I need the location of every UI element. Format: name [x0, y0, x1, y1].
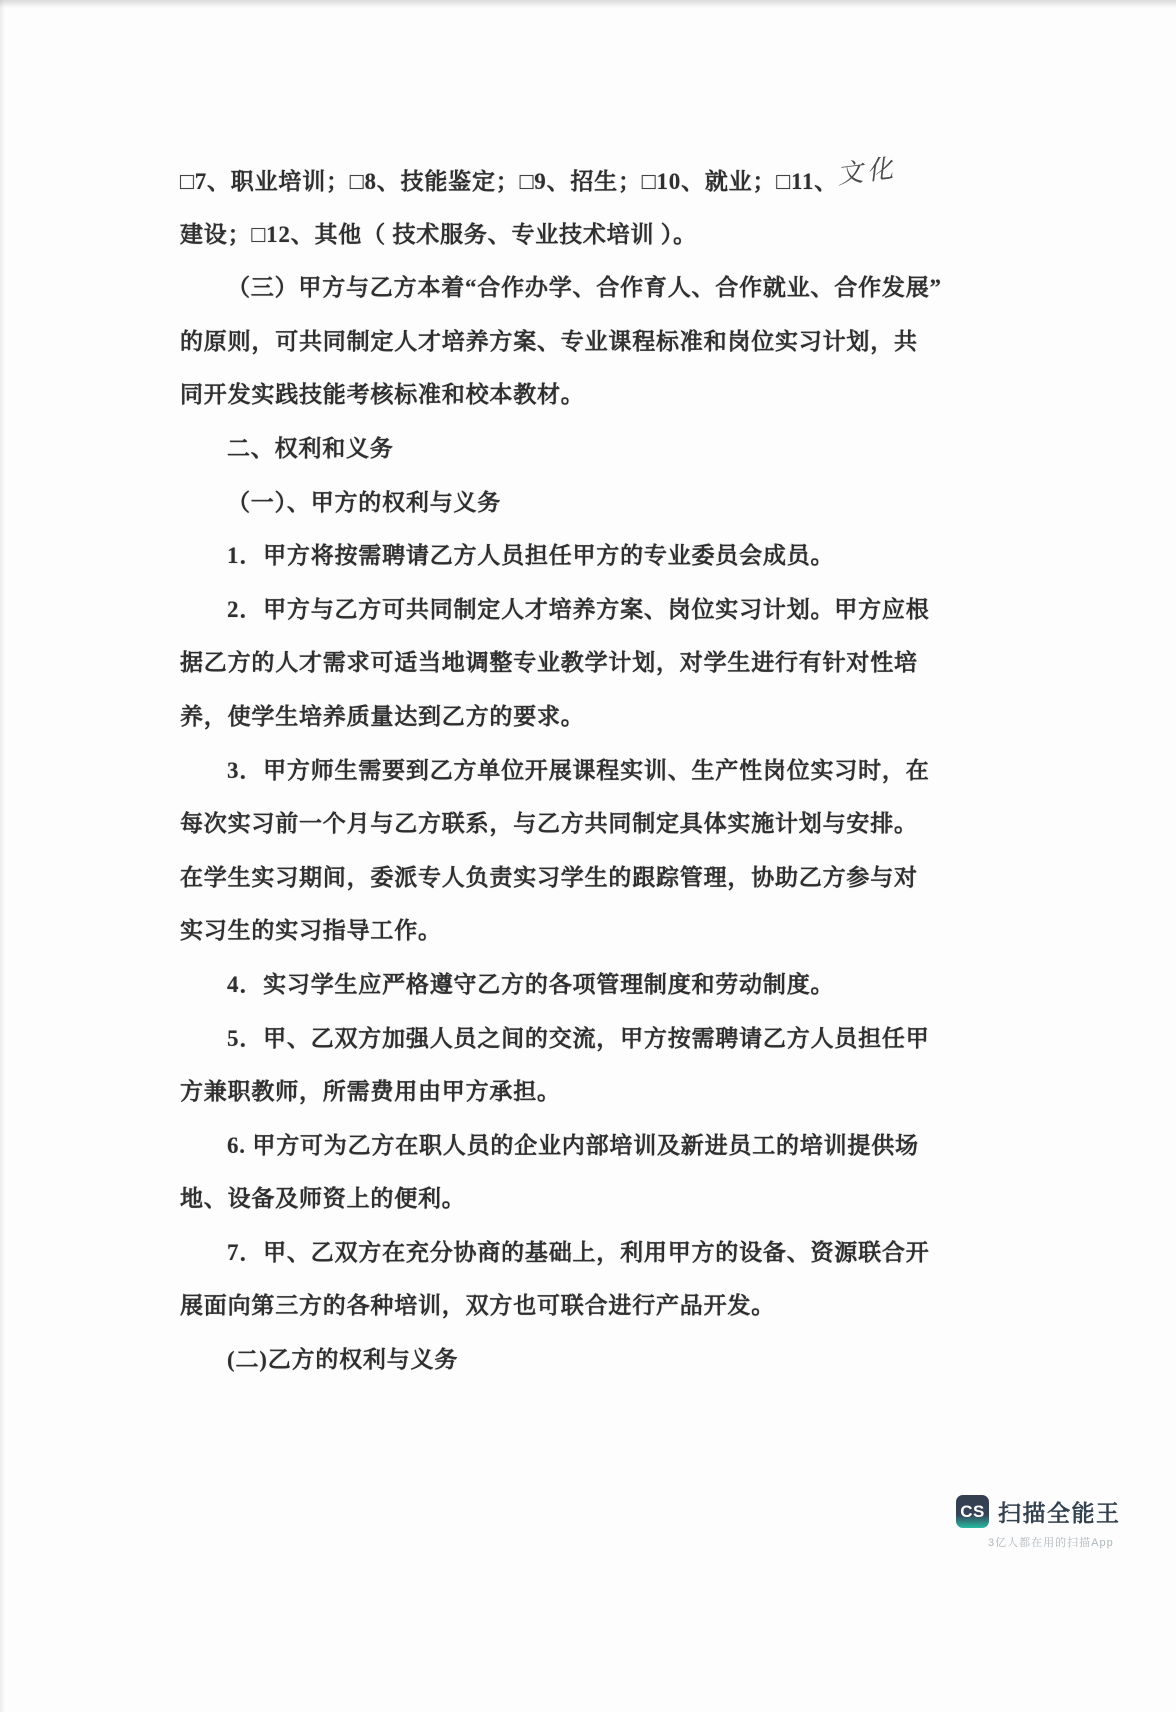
document-line: 据乙方的人才需求可适当地调整专业教学计划，对学生进行有针对性培 — [180, 636, 960, 690]
document-line: 建设；□12、其他（ 技术服务、专业技术培训 ）。 — [180, 208, 960, 262]
document-line: 5．甲、乙双方加强人员之间的交流，甲方按需聘请乙方人员担任甲 — [180, 1012, 960, 1066]
document-line: 在学生实习期间，委派专人负责实习学生的跟踪管理，协助乙方参与对 — [180, 851, 960, 905]
document-line: 同开发实践技能考核标准和校本教材。 — [180, 368, 960, 422]
document-line: 4．实习学生应严格遵守乙方的各项管理制度和劳动制度。 — [180, 958, 960, 1012]
document-line: 6. 甲方可为乙方在职人员的企业内部培训及新进员工的培训提供场 — [180, 1119, 960, 1173]
scan-edge-top — [0, 0, 1176, 8]
camscanner-logo-icon: CS — [956, 1495, 989, 1528]
subsection-heading: （一）、甲方的权利与义务 — [180, 476, 960, 530]
line-text: □7、职业培训；□8、技能鉴定；□9、招生；□10、就业；□11、 — [180, 169, 838, 194]
handwritten-annotation: 文化 — [834, 142, 900, 203]
document-line: 实习生的实习指导工作。 — [180, 904, 960, 958]
document-line: 7．甲、乙双方在充分协商的基础上，利用甲方的设备、资源联合开 — [180, 1226, 960, 1280]
section-heading: 二、权利和义务 — [180, 422, 960, 476]
document-page: □7、职业培训；□8、技能鉴定；□9、招生；□10、就业；□11、文化 建设；□… — [180, 154, 960, 1387]
subsection-heading: (二)乙方的权利与义务 — [180, 1333, 960, 1387]
camscanner-app-name: 扫描全能王 — [998, 1495, 1121, 1528]
document-line: 养，使学生培养质量达到乙方的要求。 — [180, 690, 960, 744]
scan-edge-left — [0, 0, 5, 1712]
document-line: 地、设备及师资上的便利。 — [180, 1172, 960, 1226]
document-line: 的原则，可共同制定人才培养方案、专业课程标准和岗位实习计划，共 — [180, 315, 960, 369]
document-line: （三）甲方与乙方本着“合作办学、合作育人、合作就业、合作发展” — [180, 261, 960, 315]
document-line: 1．甲方将按需聘请乙方人员担任甲方的专业委员会成员。 — [180, 529, 960, 583]
document-line: 3．甲方师生需要到乙方单位开展课程实训、生产性岗位实习时，在 — [180, 744, 960, 798]
document-line: 方兼职教师，所需费用由甲方承担。 — [180, 1065, 960, 1119]
document-line: 每次实习前一个月与乙方联系，与乙方共同制定具体实施计划与安排。 — [180, 797, 960, 851]
camscanner-watermark: CS 扫描全能王 3亿人都在用的扫描App — [956, 1495, 1136, 1550]
document-line: 展面向第三方的各种培训，双方也可联合进行产品开发。 — [180, 1279, 960, 1333]
document-line: 2．甲方与乙方可共同制定人才培养方案、岗位实习计划。甲方应根 — [180, 583, 960, 637]
camscanner-tagline: 3亿人都在用的扫描App — [988, 1534, 1136, 1550]
document-line: □7、职业培训；□8、技能鉴定；□9、招生；□10、就业；□11、文化 — [180, 154, 960, 208]
